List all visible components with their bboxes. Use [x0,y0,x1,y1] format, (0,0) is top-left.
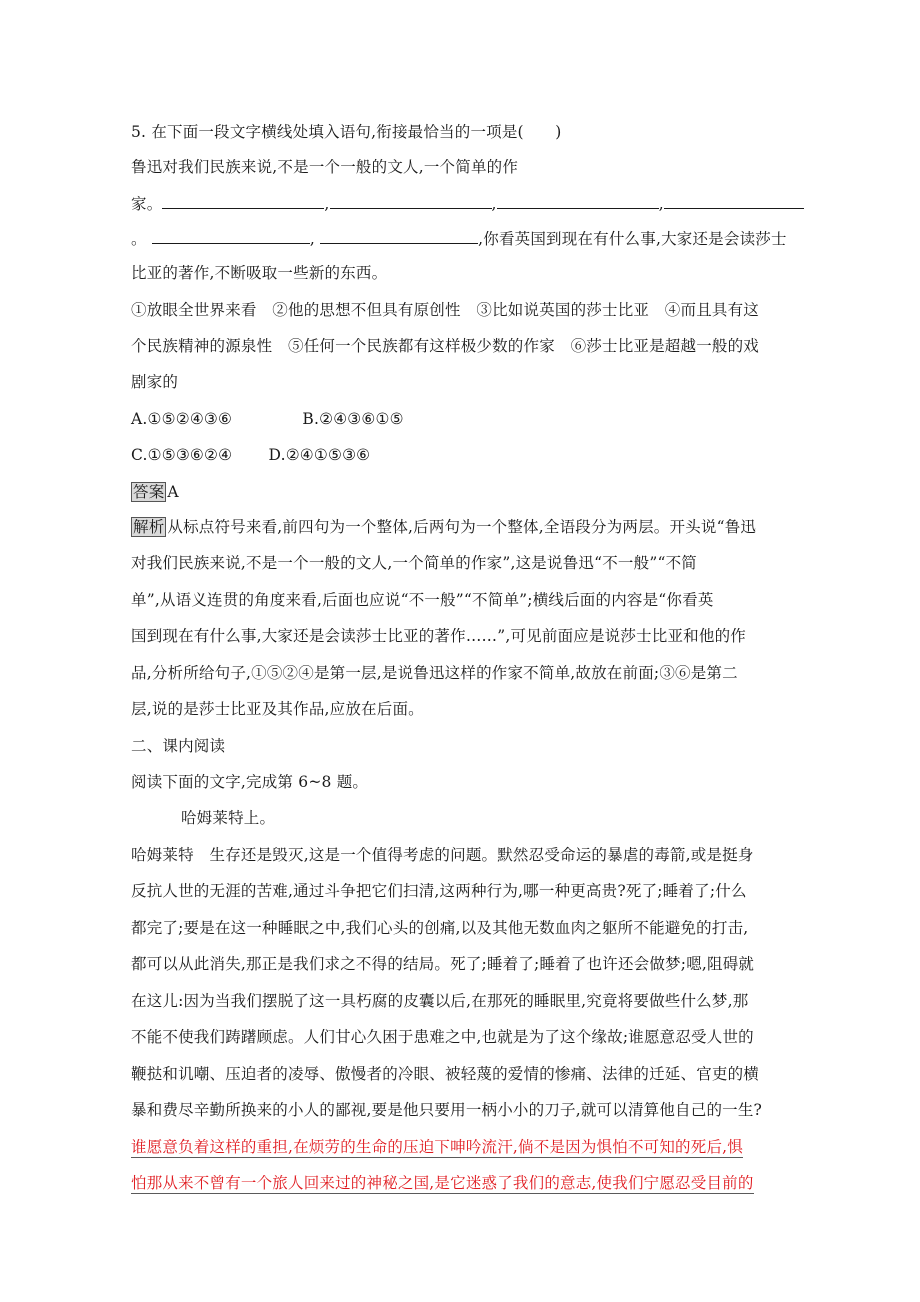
option-a: A.①⑤②④③⑥ [131,410,237,428]
options-row-1: A.①⑤②④③⑥ B.②④③⑥①⑤ [131,409,404,429]
option-value: ②④①⑤③⑥ [286,446,371,464]
option-b: B.②④③⑥①⑤ [302,410,403,428]
passage-line-3: 。 , ,你看英国到现在有什么事,大家还是会读莎士 [131,229,787,249]
options-row-2: C.①⑤③⑥②④ D.②④①⑤③⑥ [131,445,370,465]
items-line-2: 个民族精神的源泉性 ⑤任何一个民族都有这样极少数的作家 ⑥莎士比亚是超越一般的戏 [131,336,759,356]
analysis-line-1: 解析从标点符号来看,前四句为一个整体,后两句为一个整体,全语段分为两层。开头说“… [131,517,756,537]
option-value: ①⑤③⑥②④ [148,446,233,464]
passage-line: 鞭挞和讥嘲、压迫者的凌辱、傲慢者的冷眼、被轻蔑的爱情的惨痛、法律的迁延、官吏的横 [131,1064,759,1084]
passage-line: 反抗人世的无涯的苦难,通过斗争把它们扫清,这两种行为,哪一种更高贵?死了;睡着了… [131,881,747,901]
passage-line-1: 鲁迅对我们民族来说,不是一个一般的文人,一个简单的作 [131,157,518,177]
passage-line: 哈姆莱特 生存还是毁灭,这是一个值得考虑的问题。默然忍受命运的暴虐的毒箭,或是挺… [131,845,754,865]
items-line-3: 剧家的 [131,372,178,392]
passage-line-2: 家。,,, [131,194,804,214]
passage-text: ,你看英国到现在有什么事,大家还是会读莎士 [478,230,787,248]
passage-text: 。 [131,230,147,248]
option-label: B. [302,410,319,428]
passage-line: 暴和费尽辛勤所换来的小人的鄙视,要是他只要用一柄小小的刀子,就可以清算他自己的一… [131,1100,762,1120]
comma: , [310,230,315,248]
analysis-line-5: 品,分析所给句子,①⑤②④是第一层,是说鲁迅这样的作家不简单,故放在前面;③⑥是… [131,663,738,683]
blank-6 [320,229,478,244]
option-d: D.②④①⑤③⑥ [269,446,371,464]
blank-4 [664,194,804,209]
analysis-text: 从标点符号来看,前四句为一个整体,后两句为一个整体,全语段分为两层。开头说“鲁迅 [167,518,756,536]
blank-2 [330,194,492,209]
option-label: A. [131,410,148,428]
highlighted-line: 谁愿意负着这样的重担,在烦劳的生命的压迫下呻吟流汗,倘不是因为惧怕不可知的死后,… [131,1137,743,1157]
answer-line: 答案A [131,482,179,502]
option-value: ②④③⑥①⑤ [319,410,404,428]
highlighted-text: 怕那从来不曾有一个旅人回来过的神秘之国,是它迷惑了我们的意志,使我们宁愿忍受目前… [131,1174,754,1194]
answer-tag: 答案 [131,482,166,502]
blank-1 [162,194,324,209]
passage-line: 在这儿:因为当我们摆脱了这一具朽腐的皮囊以后,在那死的睡眠里,究竟将要做些什么梦… [131,991,748,1011]
blank-3 [497,194,659,209]
analysis-line-6: 层,说的是莎士比亚及其作品,应放在后面。 [131,699,424,719]
passage-text: 家。 [131,195,162,213]
section-heading: 二、课内阅读 [131,736,225,756]
option-c: C.①⑤③⑥②④ [131,446,237,464]
passage-line: 不能不使我们踌躇顾虑。人们甘心久困于患难之中,也就是为了这个缘故;谁愿意忍受人世… [131,1027,754,1047]
question-5-stem: 5. 在下面一段文字横线处填入语句,衔接最恰当的一项是( ) [131,122,561,142]
analysis-line-3: 单”,从语义连贯的角度来看,后面也应说“不一般”“不简单”;横线后面的内容是“你… [131,590,714,610]
analysis-line-2: 对我们民族来说,不是一个一般的文人,一个简单的作家”,这是说鲁迅“不一般”“不简 [131,553,697,573]
highlighted-text: 谁愿意负着这样的重担,在烦劳的生命的压迫下呻吟流汗,倘不是因为惧怕不可知的死后,… [131,1138,743,1158]
option-label: D. [269,446,286,464]
blank-5 [152,229,310,244]
analysis-tag: 解析 [131,517,166,537]
option-label: C. [131,446,148,464]
option-value: ①⑤②④③⑥ [148,410,233,428]
analysis-line-4: 国到现在有什么事,大家还是会读莎士比亚的著作……”,可见前面应是说莎士比亚和他的… [131,626,746,646]
passage-line: 都完了;要是在这一种睡眠之中,我们心头的创痛,以及其他无数血肉之躯所不能避免的打… [131,918,748,938]
passage-line-4: 比亚的著作,不断吸取一些新的东西。 [131,263,387,283]
scene-title: 哈姆莱特上。 [181,808,275,828]
items-line-1: ①放眼全世界来看 ②他的思想不但具有原创性 ③比如说英国的莎士比亚 ④而且具有这 [131,300,759,320]
section-instruction: 阅读下面的文字,完成第 6~8 题。 [131,772,368,792]
answer-value: A [167,483,178,501]
passage-line: 都可以从此消失,那正是我们求之不得的结局。死了;睡着了;睡着了也许还会做梦;嗯,… [131,954,754,974]
highlighted-line: 怕那从来不曾有一个旅人回来过的神秘之国,是它迷惑了我们的意志,使我们宁愿忍受目前… [131,1173,754,1193]
